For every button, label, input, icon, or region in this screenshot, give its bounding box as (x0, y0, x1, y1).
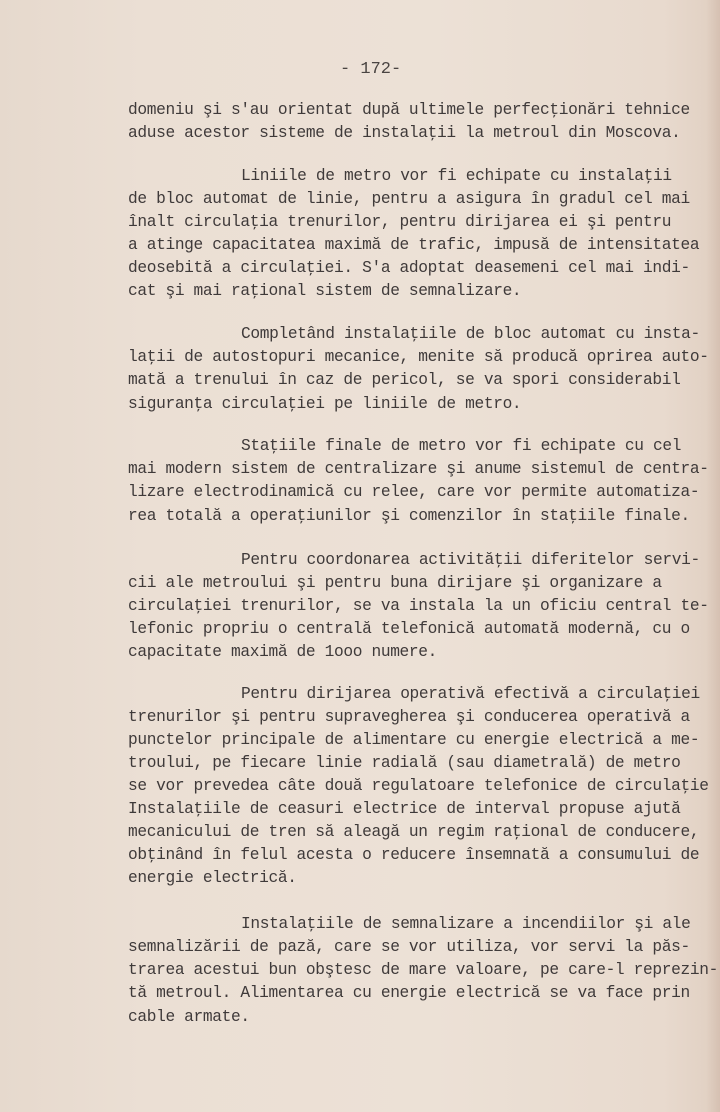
text-line: de bloc automat de linie, pentru a asigu… (128, 190, 690, 208)
paragraph-first-line: Instalaţiile de semnalizare a incendiilo… (241, 915, 690, 933)
text-line: semnalizării de pază, care se vor utiliz… (128, 938, 690, 956)
text-line: lefonic propriu o centrală telefonică au… (128, 620, 690, 638)
text-line: energie electrică. (128, 869, 297, 887)
text-line: obţinând în felul acesta o reducere înse… (128, 846, 699, 864)
text-line: a atinge capacitatea maximă de trafic, i… (128, 236, 699, 254)
text-line: siguranţa circulaţiei pe liniile de metr… (128, 395, 521, 413)
page-number: - 172- (340, 60, 401, 79)
text-line: deosebită a circulaţiei. S'a adoptat dea… (128, 259, 690, 277)
text-line: laţii de autostopuri mecanice, menite să… (128, 348, 709, 366)
text-line: aduse acestor sisteme de instalaţii la m… (128, 124, 680, 142)
text-line: cable armate. (128, 1008, 250, 1026)
paragraph-first-line: Pentru coordonarea activităţii diferitel… (241, 551, 700, 569)
text-line: domeniu şi s'au orientat după ultimele p… (128, 101, 690, 119)
text-line: troului, pe fiecare linie radială (sau d… (128, 754, 680, 772)
paragraph-first-line: Pentru dirijarea operativă efectivă a ci… (241, 685, 700, 703)
text-line: Instalaţiile de ceasuri electrice de int… (128, 800, 680, 818)
text-line: cat şi mai raţional sistem de semnalizar… (128, 282, 521, 300)
text-line: înalt circulaţia trenurilor, pentru diri… (128, 213, 671, 231)
text-line: punctelor principale de alimentare cu en… (128, 731, 699, 749)
paragraph-first-line: Completând instalaţiile de bloc automat … (241, 325, 700, 343)
typewritten-page: - 172- domeniu şi s'au orientat după ult… (0, 0, 720, 1112)
text-line: se vor prevedea câte două regulatoare te… (128, 777, 709, 795)
paragraph-first-line: Staţiile finale de metro vor fi echipate… (241, 437, 681, 455)
text-line: rea totală a operaţiunilor şi comenzilor… (128, 507, 690, 525)
text-line: circulaţiei trenurilor, se va instala la… (128, 597, 709, 615)
text-line: cii ale metroului şi pentru buna dirijar… (128, 574, 662, 592)
text-line: tă metroul. Alimentarea cu energie elect… (128, 984, 690, 1002)
page-edge-shadow (706, 0, 720, 1112)
text-line: mecanicului de tren să aleagă un regim r… (128, 823, 699, 841)
paragraph-first-line: Liniile de metro vor fi echipate cu inst… (241, 167, 672, 185)
text-line: trarea acestui bun obştesc de mare valoa… (128, 961, 718, 979)
text-line: mai modern sistem de centralizare şi anu… (128, 460, 709, 478)
text-line: lizare electrodinamică cu relee, care vo… (128, 483, 699, 501)
text-line: mată a trenului în caz de pericol, se va… (128, 371, 680, 389)
text-line: capacitate maximă de 1ooo numere. (128, 643, 437, 661)
text-line: trenurilor şi pentru supravegherea şi co… (128, 708, 690, 726)
